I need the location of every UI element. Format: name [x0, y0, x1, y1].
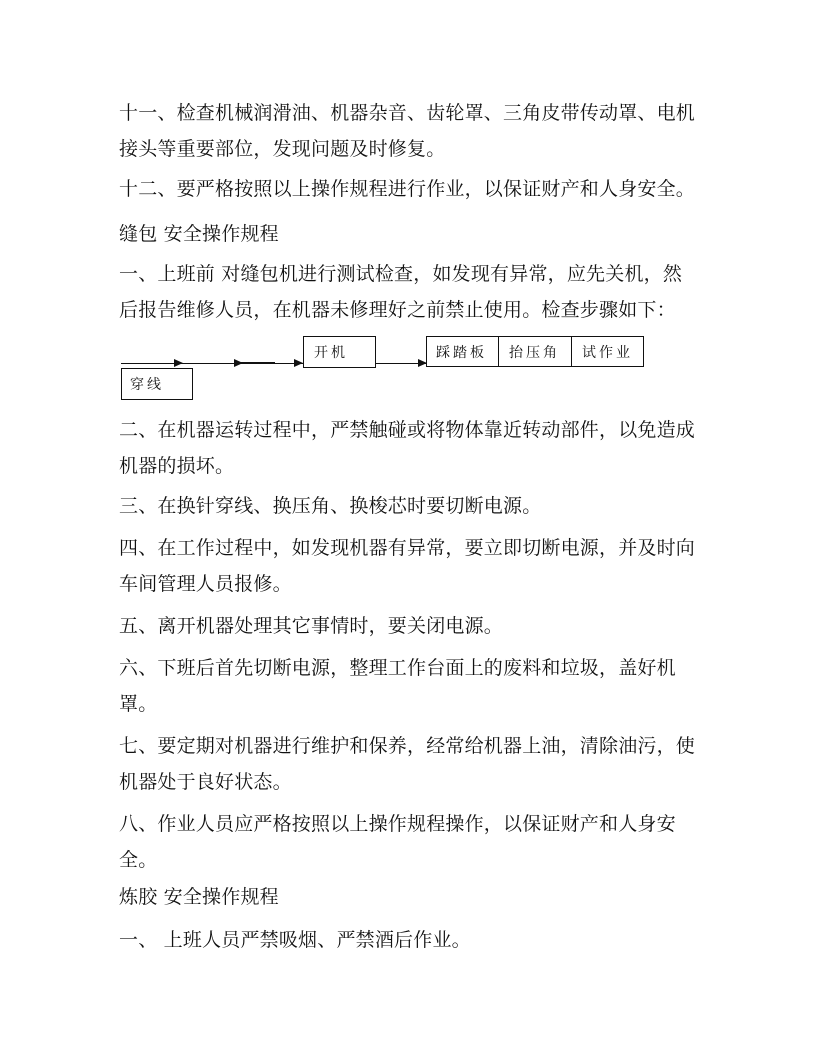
section-heading-lianjiao: 炼胶 安全操作规程: [119, 879, 699, 915]
flow-step-kaiji: 开机: [303, 336, 376, 368]
arrow-icon: [418, 359, 427, 367]
arrow-icon: [294, 359, 303, 367]
arrow-icon: [234, 359, 243, 367]
flow-step-chuanxian: 穿线: [121, 368, 193, 400]
paragraph-fengbao-3: 三、在换针穿线、换压角、换梭芯时要切断电源。: [119, 488, 699, 524]
paragraph-item-11: 十一、检查机械润滑油、机器杂音、齿轮罩、三角皮带传动罩、电机接头等重要部位，发现…: [119, 95, 699, 167]
section-heading-fengbao: 缝包 安全操作规程: [119, 216, 699, 252]
flow-step-shizuoye: 试作业: [571, 336, 644, 367]
paragraph-fengbao-1: 一、上班前 对缝包机进行测试检查，如发现有异常，应先关机，然后报告维修人员，在机…: [119, 256, 699, 328]
flow-step-label: 开机: [314, 342, 348, 362]
flow-step-taiyajiao: 抬压角: [498, 336, 572, 367]
paragraph-fengbao-8: 八、作业人员应严格按照以上操作规程操作，以保证财产和人身安全。: [119, 806, 699, 878]
flow-line-thick: [240, 362, 275, 364]
flow-step-label: 踩踏板: [436, 342, 487, 362]
paragraph-item-12: 十二、要严格按照以上操作规程进行作业，以保证财产和人身安全。: [119, 171, 699, 207]
flow-step-label: 抬压角: [509, 342, 560, 362]
paragraph-lianjiao-1: 一、 上班人员严禁吸烟、严禁酒后作业。: [119, 922, 699, 958]
flow-step-label: 试作业: [582, 342, 633, 362]
paragraph-fengbao-2: 二、在机器运转过程中，严禁触碰或将物体靠近转动部件，以免造成机器的损坏。: [119, 412, 699, 484]
arrow-icon: [174, 359, 183, 367]
flow-line-1: [121, 363, 303, 364]
paragraph-fengbao-7: 七、要定期对机器进行维护和保养，经常给机器上油，清除油污，使机器处于良好状态。: [119, 728, 699, 800]
flow-line-2: [376, 363, 426, 364]
flow-step-caitaban: 踩踏板: [426, 336, 499, 367]
paragraph-fengbao-6: 六、下班后首先切断电源，整理工作台面上的废料和垃圾，盖好机罩。: [119, 650, 699, 722]
paragraph-fengbao-5: 五、离开机器处理其它事情时，要关闭电源。: [119, 608, 699, 644]
paragraph-fengbao-4: 四、在工作过程中，如发现机器有异常，要立即切断电源，并及时向车间管理人员报修。: [119, 530, 699, 602]
flow-step-label: 穿线: [130, 374, 164, 394]
